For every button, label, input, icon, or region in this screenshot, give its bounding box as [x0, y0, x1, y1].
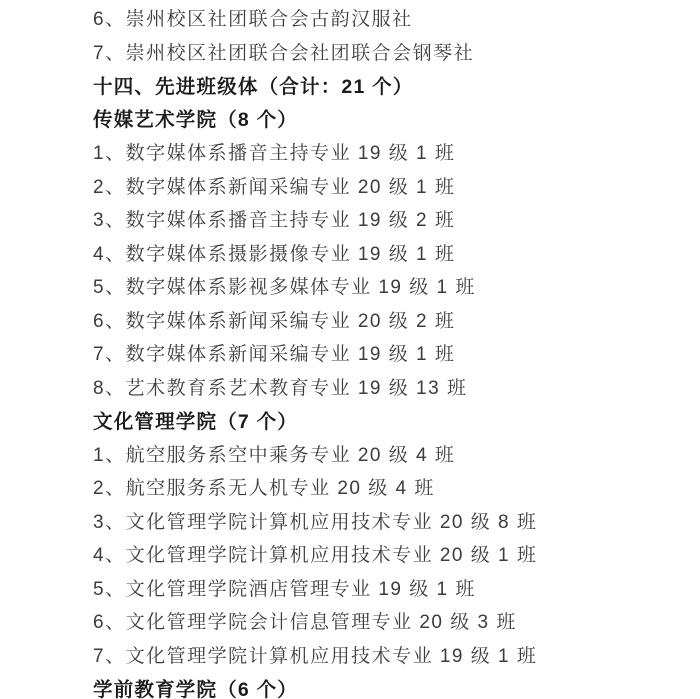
document-line: 3、文化管理学院计算机应用技术专业 20 级 8 班: [93, 504, 660, 538]
document-line-text: 2、数字媒体系新闻采编专业 20 级 1 班: [93, 172, 455, 199]
document-line: 学前教育学院（6 个）: [93, 671, 660, 699]
document-line: 7、崇州校区社团联合会社团联合会钢琴社: [93, 35, 660, 69]
document-line: 6、崇州校区社团联合会古韵汉服社: [93, 1, 660, 35]
document-line: 1、航空服务系空中乘务专业 20 级 4 班: [93, 437, 660, 471]
document-line-text: 8、艺术教育系艺术教育专业 19 级 13 班: [93, 373, 467, 400]
document-line-text: 6、数字媒体系新闻采编专业 20 级 2 班: [93, 306, 455, 333]
document-line-text: 1、数字媒体系播音主持专业 19 级 1 班: [93, 138, 455, 165]
document-line: 4、数字媒体系摄影摄像专业 19 级 1 班: [93, 236, 660, 270]
document-line-text: 5、数字媒体系影视多媒体专业 19 级 1 班: [93, 272, 476, 299]
document-line-text: 7、数字媒体系新闻采编专业 19 级 1 班: [93, 339, 455, 366]
document-page: 6、崇州校区社团联合会古韵汉服社 7、崇州校区社团联合会社团联合会钢琴社 十四、…: [0, 0, 700, 699]
document-line-text: 6、文化管理学院会计信息管理专业 20 级 3 班: [93, 607, 517, 634]
document-line: 3、数字媒体系播音主持专业 19 级 2 班: [93, 202, 660, 236]
document-line-text: 3、数字媒体系播音主持专业 19 级 2 班: [93, 205, 455, 232]
document-line-text: 4、文化管理学院计算机应用技术专业 20 级 1 班: [93, 540, 537, 567]
document-line: 传媒艺术学院（8 个）: [93, 102, 660, 136]
document-line-text: 6、崇州校区社团联合会古韵汉服社: [93, 4, 413, 31]
document-lines: 6、崇州校区社团联合会古韵汉服社 7、崇州校区社团联合会社团联合会钢琴社 十四、…: [93, 1, 660, 699]
document-line: 2、数字媒体系新闻采编专业 20 级 1 班: [93, 169, 660, 203]
document-line: 1、数字媒体系播音主持专业 19 级 1 班: [93, 135, 660, 169]
document-line-text: 7、文化管理学院计算机应用技术专业 19 级 1 班: [93, 641, 537, 668]
document-line: 十四、先进班级体（合计：21 个）: [93, 68, 660, 102]
document-line: 文化管理学院（7 个）: [93, 403, 660, 437]
document-line-text: 5、文化管理学院酒店管理专业 19 级 1 班: [93, 574, 476, 601]
document-line: 5、文化管理学院酒店管理专业 19 级 1 班: [93, 571, 660, 605]
document-line-text: 7、崇州校区社团联合会社团联合会钢琴社: [93, 38, 474, 65]
document-line: 6、数字媒体系新闻采编专业 20 级 2 班: [93, 303, 660, 337]
document-line: 7、数字媒体系新闻采编专业 19 级 1 班: [93, 336, 660, 370]
document-line-text: 2、航空服务系无人机专业 20 级 4 班: [93, 473, 435, 500]
document-line-text: 3、文化管理学院计算机应用技术专业 20 级 8 班: [93, 507, 537, 534]
document-line: 6、文化管理学院会计信息管理专业 20 级 3 班: [93, 604, 660, 638]
document-line-text: 学前教育学院（6 个）: [93, 674, 298, 699]
document-line-text: 1、航空服务系空中乘务专业 20 级 4 班: [93, 440, 455, 467]
document-line: 5、数字媒体系影视多媒体专业 19 级 1 班: [93, 269, 660, 303]
document-line-text: 十四、先进班级体（合计：21 个）: [93, 71, 414, 99]
document-line: 7、文化管理学院计算机应用技术专业 19 级 1 班: [93, 638, 660, 672]
document-line: 4、文化管理学院计算机应用技术专业 20 级 1 班: [93, 537, 660, 571]
document-line: 8、艺术教育系艺术教育专业 19 级 13 班: [93, 370, 660, 404]
document-line-text: 传媒艺术学院（8 个）: [93, 104, 298, 132]
document-line: 2、航空服务系无人机专业 20 级 4 班: [93, 470, 660, 504]
document-line-text: 文化管理学院（7 个）: [93, 406, 298, 434]
document-line-text: 4、数字媒体系摄影摄像专业 19 级 1 班: [93, 239, 455, 266]
